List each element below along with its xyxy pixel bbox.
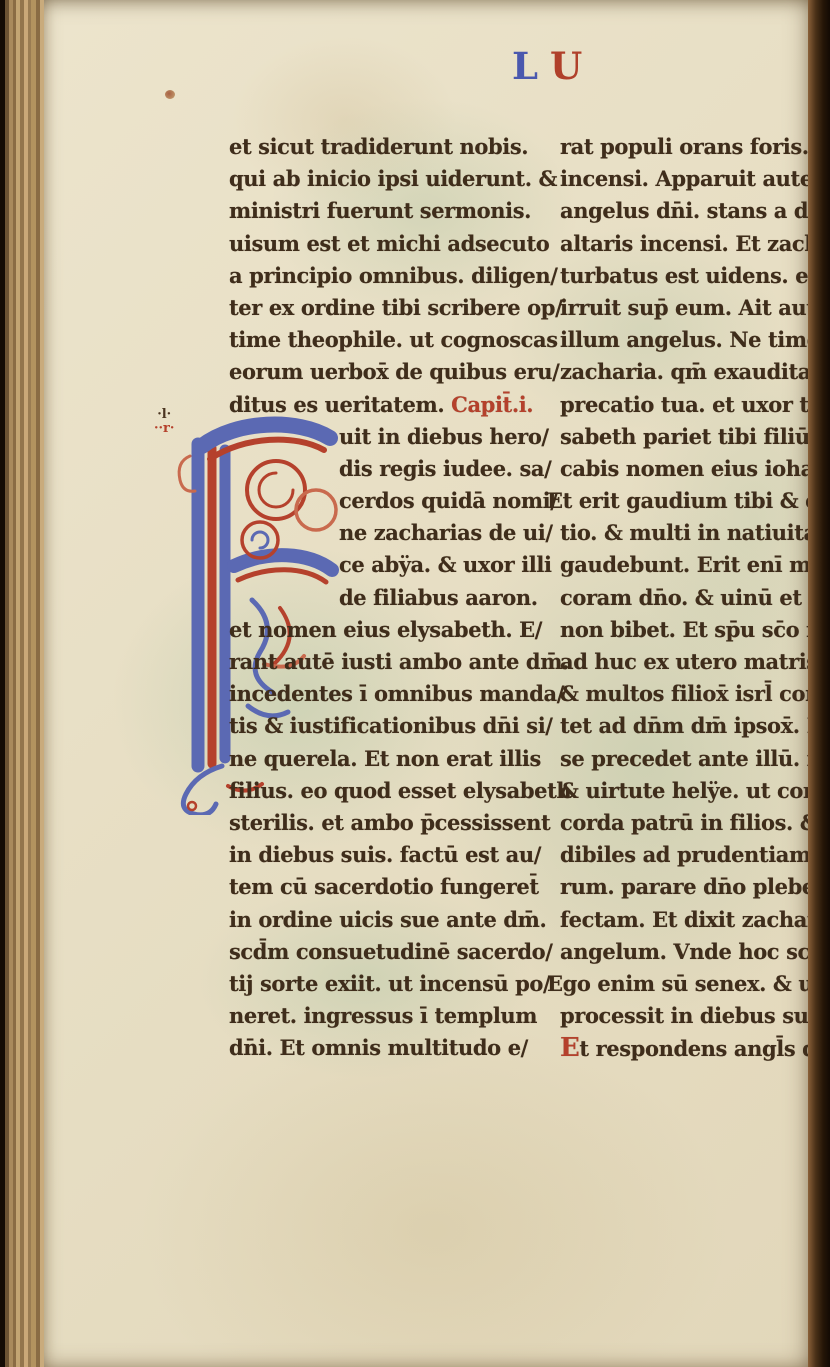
text-line: fectam. Et dixit zacharÿas ad [560, 904, 830, 936]
running-header: LU [512, 44, 596, 88]
chapter-rubric: Capit̄.i. [451, 392, 533, 417]
text-line: tij sorte exiit. ut incensū po/ [229, 968, 545, 1000]
manuscript-page: LU ·l· ··r· ŀı [44, 0, 812, 1367]
text-line: tio. & multi in natiuitate ei⁹ [560, 517, 830, 549]
text-line: illum angelus. Ne timeas [560, 324, 830, 356]
text-line: cabis nomen eius iohannē. [560, 453, 830, 485]
text-line: uit in diebus hero/ [229, 421, 545, 453]
text-line: scd̄m consuetudinē sacerdo/ [229, 936, 545, 968]
text-line: Et respondens angl̄s dixit ei. [560, 1032, 830, 1064]
text-line: rant autē iusti ambo ante dm̄. [229, 646, 545, 678]
header-letter-l: L [512, 44, 550, 88]
text-line: precatio tua. et uxor tua elÿ/ [560, 389, 830, 421]
text-line: tem cū sacerdotio fungeret̄ [229, 871, 545, 903]
text-line: qui ab inicio ipsi uiderunt. & [229, 163, 545, 195]
text-line: et sicut tradiderunt nobis. [229, 131, 545, 163]
gutter-shadow [808, 0, 830, 1367]
manuscript-photo: LU ·l· ··r· ŀı [0, 0, 830, 1367]
text-line: de filiabus aaron. [229, 582, 545, 614]
text-line: et nomen eius elysabeth. E/ [229, 614, 545, 646]
text-line: time theophile. ut cognoscas [229, 324, 545, 356]
text-line: ne querela. Et non erat illis [229, 743, 545, 775]
text-line: rum. parare dn̄o plebem per/ [560, 871, 830, 903]
text-line: processit in diebus suis. [560, 1000, 830, 1032]
text-line: tis & iustificationibus dn̄i si/ [229, 710, 545, 742]
text-line: ministri fuerunt sermonis. [229, 195, 545, 227]
text-line: corda patrū in filios. & incre/ [560, 807, 830, 839]
text-line: tet ad dn̄m dm̄ ipsox̄. Et ip/ [560, 710, 830, 742]
text-line: dn̄i. Et omnis multitudo e/ [229, 1032, 545, 1064]
text-line: ne zacharias de ui/ [229, 517, 545, 549]
text-line: dis regis iudee. sa/ [229, 453, 545, 485]
text-line: angelum. Vnde hoc sciam.’ [560, 936, 830, 968]
text-line: filius. eo quod esset elysabeth [229, 775, 545, 807]
left-text-column: et sicut tradiderunt nobis.qui ab inicio… [229, 131, 545, 1064]
text-line: & multos filiox̄ isrl̄ conuer/ [560, 678, 830, 710]
text-line: coram dn̄o. & uinū et sicerā [560, 582, 830, 614]
text-line: Ego enim sū senex. & uxor mea [560, 968, 830, 1000]
text-line: uisum est et michi adsecuto [229, 228, 545, 260]
header-letter-u: U [550, 44, 596, 88]
book-page-edges [0, 0, 46, 1367]
text-line: gaudebunt. Erit enī magn⁹ [560, 549, 830, 581]
text-line: ce abÿa. & uxor illi [229, 549, 545, 581]
text-line: ter ex ordine tibi scribere op/ [229, 292, 545, 324]
text-line: altaris incensi. Et zacharÿas [560, 228, 830, 260]
text-line: in ordine uicis sue ante dm̄. [229, 904, 545, 936]
ink-blemish [165, 90, 175, 99]
text-line: & uirtute helÿe. ut conuertat [560, 775, 830, 807]
text-line: ad huc ex utero matris sue. [560, 646, 830, 678]
text-line: turbatus est uidens. et timor [560, 260, 830, 292]
text-line: se precedet ante illū. in sp̄u [560, 743, 830, 775]
text-line: ditus es ueritatem. Capit̄.i. [229, 389, 545, 421]
text-line: incensi. Apparuit autem illi [560, 163, 830, 195]
text-line: a principio omnibus. diligen/ [229, 260, 545, 292]
text-line: angelus dn̄i. stans a dextris [560, 195, 830, 227]
text-line: irruit sup̄ eum. Ait autē ad [560, 292, 830, 324]
text-line: zacharia. qm̄ exaudita ē de/ [560, 356, 830, 388]
text-line: eorum uerbox̄ de quibus eru/ [229, 356, 545, 388]
text-line: sabeth pariet tibi filiū. & uo [560, 421, 830, 453]
text-line: cerdos quidā nomi/ [229, 485, 545, 517]
text-line: Et erit gaudium tibi & exulta/ [560, 485, 830, 517]
text-line: dibiles ad prudentiam iusto/ [560, 839, 830, 871]
red-initial-letter: E [560, 1033, 579, 1063]
text-line: sterilis. et ambo p̄cessissent [229, 807, 545, 839]
text-line: rat populi orans foris. hora [560, 131, 830, 163]
text-line: neret. ingressus ī templum [229, 1000, 545, 1032]
right-text-column: rat populi orans foris. horaincensi. App… [560, 131, 830, 1064]
text-line: non bibet. Et sp̄u sc̄o replebit̄ [560, 614, 830, 646]
text-line: in diebus suis. factū est au/ [229, 839, 545, 871]
text-line: incedentes ī omnibus manda/ [229, 678, 545, 710]
